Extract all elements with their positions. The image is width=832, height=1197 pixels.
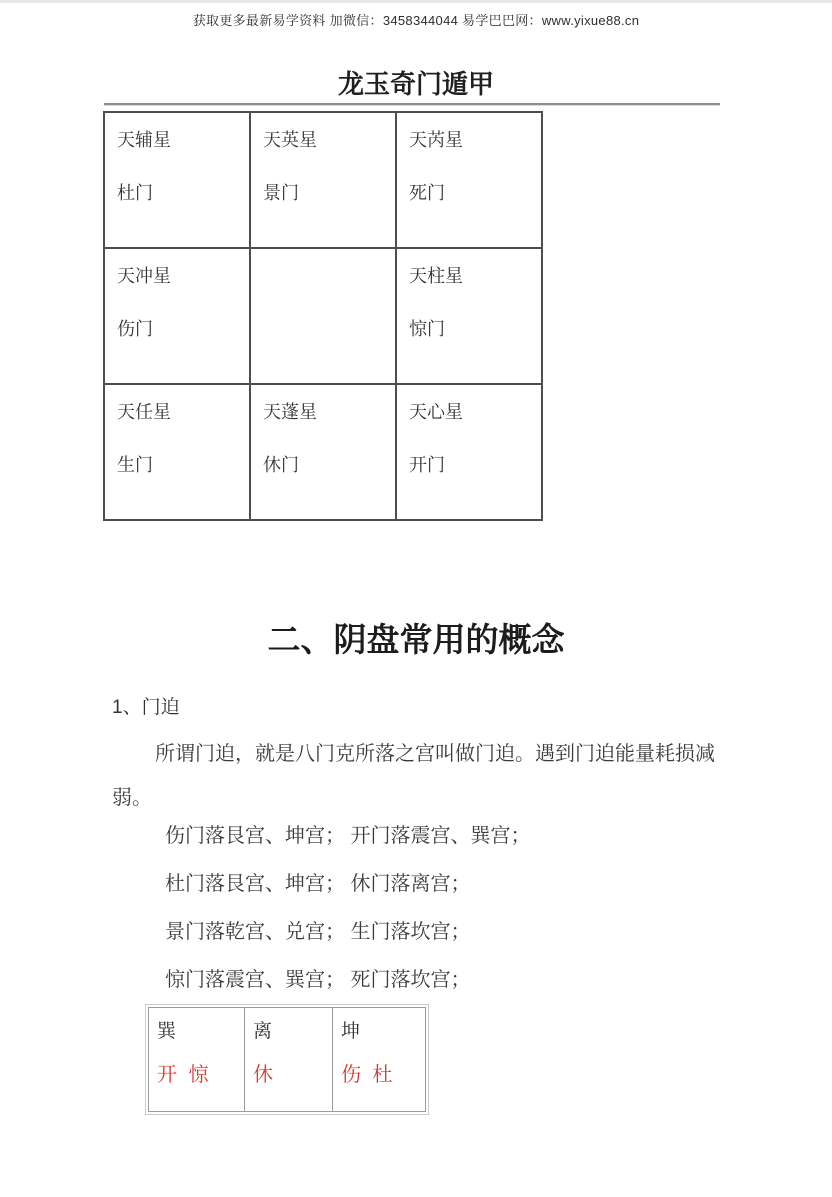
title-underline-rule bbox=[104, 103, 720, 106]
door-name: 景门 bbox=[263, 179, 387, 205]
table-cell: 天任星 生门 bbox=[104, 384, 250, 520]
palace-name: 巽 bbox=[157, 1016, 238, 1043]
document-title: 龙玉奇门遁甲 bbox=[0, 69, 832, 99]
list-item: 伤门落艮宫、坤宫； 开门落震宫、巽宫； bbox=[165, 812, 832, 860]
page-top-divider bbox=[0, 0, 832, 3]
document-page: 获取更多最新易学资料 加微信：3458344044 易学巴巴网：www.yixu… bbox=[0, 0, 832, 1197]
star-name: 天芮星 bbox=[409, 126, 533, 152]
table-row: 天冲星 伤门 天柱星 惊门 bbox=[104, 248, 542, 384]
star-name: 天辅星 bbox=[117, 126, 241, 152]
section-heading: 二、阴盘常用的概念 bbox=[0, 618, 832, 662]
door-name: 休门 bbox=[263, 451, 387, 477]
door-name: 惊门 bbox=[409, 315, 533, 341]
table-cell: 天芮星 死门 bbox=[396, 112, 542, 248]
table-cell: 天辅星 杜门 bbox=[104, 112, 250, 248]
door-name: 生门 bbox=[117, 451, 241, 477]
paragraph-line: 所谓门迫，就是八门克所落之宫叫做门迫。遇到门迫能量耗损减 bbox=[155, 740, 762, 768]
palace-door-table: 巽 开 惊 离 休 坤 伤 杜 bbox=[148, 1007, 426, 1112]
table-cell: 天英星 景门 bbox=[250, 112, 396, 248]
table-cell: 天心星 开门 bbox=[396, 384, 542, 520]
table-cell-empty bbox=[250, 248, 396, 384]
table-row: 天任星 生门 天蓬星 休门 天心星 开门 bbox=[104, 384, 542, 520]
star-door-table: 天辅星 杜门 天英星 景门 天芮星 死门 天冲星 伤门 bbox=[103, 111, 543, 521]
list-item: 惊门落震宫、巽宫； 死门落坎宫； bbox=[165, 956, 832, 1004]
paragraph-line: 弱。 bbox=[112, 784, 762, 812]
door-name: 杜门 bbox=[117, 179, 241, 205]
star-name: 天任星 bbox=[117, 398, 241, 424]
star-name: 天蓬星 bbox=[263, 398, 387, 424]
star-name: 天冲星 bbox=[117, 262, 241, 288]
palace-cell: 坤 伤 杜 bbox=[333, 1008, 426, 1112]
palace-doors: 休 bbox=[253, 1058, 326, 1087]
palace-cell: 巽 开 惊 bbox=[149, 1008, 245, 1112]
page-header-text: 获取更多最新易学资料 加微信：3458344044 易学巴巴网：www.yixu… bbox=[0, 10, 832, 29]
palace-name: 离 bbox=[253, 1016, 326, 1043]
list-item: 杜门落艮宫、坤宫； 休门落离宫； bbox=[165, 860, 832, 908]
table-cell: 天蓬星 休门 bbox=[250, 384, 396, 520]
door-name: 死门 bbox=[409, 179, 533, 205]
palace-name: 坤 bbox=[341, 1016, 419, 1043]
star-name: 天英星 bbox=[263, 126, 387, 152]
table-cell: 天冲星 伤门 bbox=[104, 248, 250, 384]
star-name: 天心星 bbox=[409, 398, 533, 424]
list-item-number: 1、门迫 bbox=[112, 696, 832, 720]
table-row: 天辅星 杜门 天英星 景门 天芮星 死门 bbox=[104, 112, 542, 248]
palace-table-frame: 巽 开 惊 离 休 坤 伤 杜 bbox=[145, 1004, 429, 1115]
palace-doors: 伤 杜 bbox=[341, 1058, 419, 1087]
star-name: 天柱星 bbox=[409, 262, 533, 288]
list-item: 景门落乾宫、兑宫； 生门落坎宫； bbox=[165, 908, 832, 956]
door-name: 开门 bbox=[409, 451, 533, 477]
table-cell: 天柱星 惊门 bbox=[396, 248, 542, 384]
menpo-example-list: 伤门落艮宫、坤宫； 开门落震宫、巽宫； 杜门落艮宫、坤宫； 休门落离宫； 景门落… bbox=[165, 812, 832, 1004]
door-name: 伤门 bbox=[117, 315, 241, 341]
table-row: 巽 开 惊 离 休 坤 伤 杜 bbox=[149, 1008, 426, 1112]
palace-doors: 开 惊 bbox=[157, 1058, 238, 1087]
palace-cell: 离 休 bbox=[245, 1008, 333, 1112]
